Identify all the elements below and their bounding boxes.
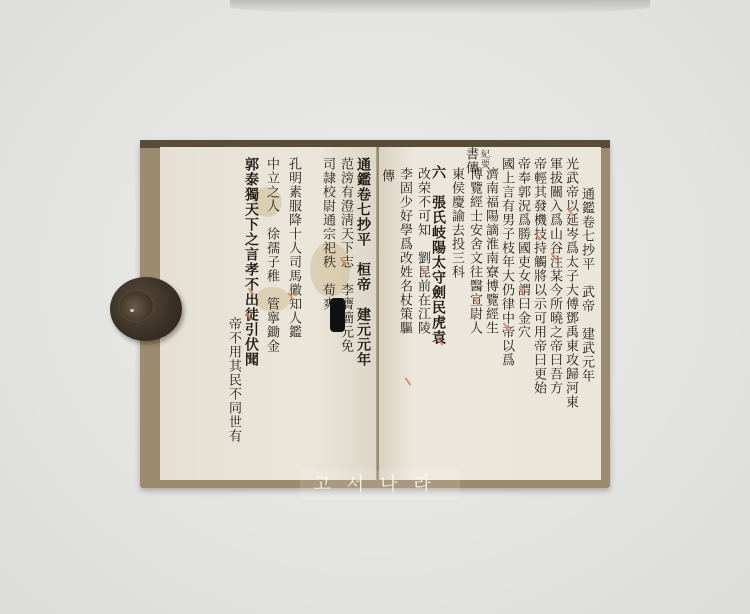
text-column: 帝奉郭況爲勝國吏女謂曰金穴 <box>515 157 529 339</box>
text-column: 濟南福陽謫淮南寮博覽經生 <box>483 167 497 335</box>
text-column: 帝不用其民不同世有 <box>226 317 240 443</box>
left-page: 通鑑卷七抄平 桓帝 建元元年 范滂有澄淸天下志 李膺簡元免 司隷校尉通宗祀秩 荀… <box>160 147 378 480</box>
text-column: 中立之人 徐孺子稚 管寧鋤金 <box>264 157 278 353</box>
text-column: 軍拔關入爲山谷注某今所曉之帝曰吾方 <box>547 157 561 395</box>
text-column: 孔明素服降十人司馬徽知人鑑 <box>286 157 300 339</box>
text-column: 李固少好學爲改姓名杖策驅 <box>397 167 411 335</box>
background-shadow <box>230 0 650 14</box>
right-page: 紀要 書傳 傳 通鑑卷七抄平 武帝 建武元年 光武帝以延岑爲太子大傅鄧禹東攻歸河… <box>379 147 601 480</box>
watermark: 고서나라 <box>300 470 460 500</box>
text-column: 國上言有男子枝年大仍律中帝以爲 <box>499 157 513 367</box>
page-header-note: 紀要 <box>479 149 489 169</box>
text-column: 東侯慶諭去投三科 <box>449 167 463 279</box>
margin-label: 傳 <box>379 169 393 183</box>
text-column: 通鑑卷七抄平 桓帝 建元元年 <box>356 157 370 367</box>
text-column: 通鑑卷七抄平 武帝 建武元年 <box>579 187 593 383</box>
brass-weight-knob <box>118 290 154 322</box>
red-annotation-mark <box>405 377 412 386</box>
text-column: 帝輕其發機技持觸將以示可用帝曰更始 <box>531 157 545 395</box>
black-ink-blot <box>330 298 345 332</box>
text-column: 光武帝以延岑爲太子大傅鄧禹東攻歸河東 <box>563 157 577 409</box>
brass-weight-glint <box>130 309 134 312</box>
text-column: 改荣不可知 劉昆前在江陵 <box>415 167 429 335</box>
text-column: 司隷校尉通宗祀秩 荀爽 <box>320 157 334 311</box>
text-column: 六 張氏岐陽太守劍民虎袁 <box>431 165 445 345</box>
text-column: 郭泰獨天下之言孝不出徒引伏聞 <box>244 157 258 367</box>
text-column: 博覽經士安舍文往醫宣尉人 <box>467 167 481 335</box>
